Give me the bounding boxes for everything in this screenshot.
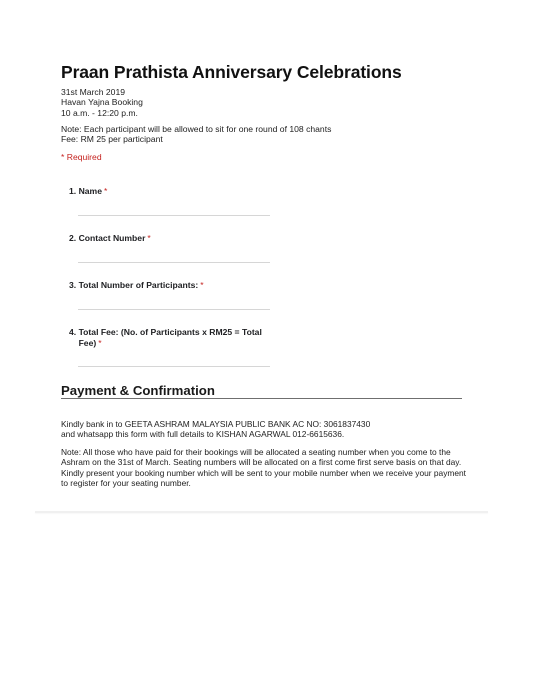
participant-note: Note: Each participant will be allowed t… (61, 124, 331, 134)
page-bottom-divider (35, 511, 488, 513)
question-text: Total Number of Participants: (79, 280, 199, 290)
payment-instructions: Kindly bank in to GEETA ASHRAM MALAYSIA … (61, 419, 471, 440)
question-label: 3. Total Number of Participants:* (69, 280, 279, 291)
question-number: 3. (69, 280, 76, 290)
section-title: Payment & Confirmation (61, 383, 215, 398)
total-participants-input[interactable] (78, 309, 270, 310)
total-fee-input[interactable] (78, 366, 270, 367)
question-contact-number: 2. Contact Number* (69, 233, 279, 244)
contact-number-input[interactable] (78, 262, 270, 263)
question-text: Name (79, 186, 102, 196)
question-text: Contact Number (79, 233, 146, 243)
form-page: Praan Prathista Anniversary Celebrations… (0, 0, 535, 692)
required-asterisk: * (200, 280, 203, 290)
section-divider (61, 398, 462, 399)
form-title: Praan Prathista Anniversary Celebrations (61, 62, 402, 83)
required-asterisk: * (104, 186, 107, 196)
event-time: 10 a.m. - 12:20 p.m. (61, 108, 143, 118)
form-note: Note: Each participant will be allowed t… (61, 124, 331, 145)
question-number: 4. (69, 327, 76, 337)
seating-note: Note: All those who have paid for their … (61, 447, 471, 488)
required-asterisk: * (98, 338, 101, 348)
question-total-fee: 4. Total Fee: (No. of Participants x RM2… (69, 327, 279, 348)
name-input[interactable] (78, 215, 270, 216)
event-name: Havan Yajna Booking (61, 97, 143, 107)
form-description: 31st March 2019 Havan Yajna Booking 10 a… (61, 87, 143, 118)
question-name: 1. Name* (69, 186, 279, 197)
question-number: 1. (69, 186, 76, 196)
question-label: 2. Contact Number* (69, 233, 279, 244)
question-text: Total Fee: (No. of Participants x RM25 =… (79, 327, 262, 348)
event-date: 31st March 2019 (61, 87, 143, 97)
question-total-participants: 3. Total Number of Participants:* (69, 280, 279, 291)
bank-details: Kindly bank in to GEETA ASHRAM MALAYSIA … (61, 419, 471, 429)
question-label: 4. Total Fee: (No. of Participants x RM2… (69, 327, 279, 348)
question-label: 1. Name* (69, 186, 279, 197)
whatsapp-details: and whatsapp this form with full details… (61, 429, 471, 439)
required-indicator: * Required (61, 152, 102, 162)
fee-note: Fee: RM 25 per participant (61, 134, 331, 144)
required-asterisk: * (147, 233, 150, 243)
question-number: 2. (69, 233, 76, 243)
